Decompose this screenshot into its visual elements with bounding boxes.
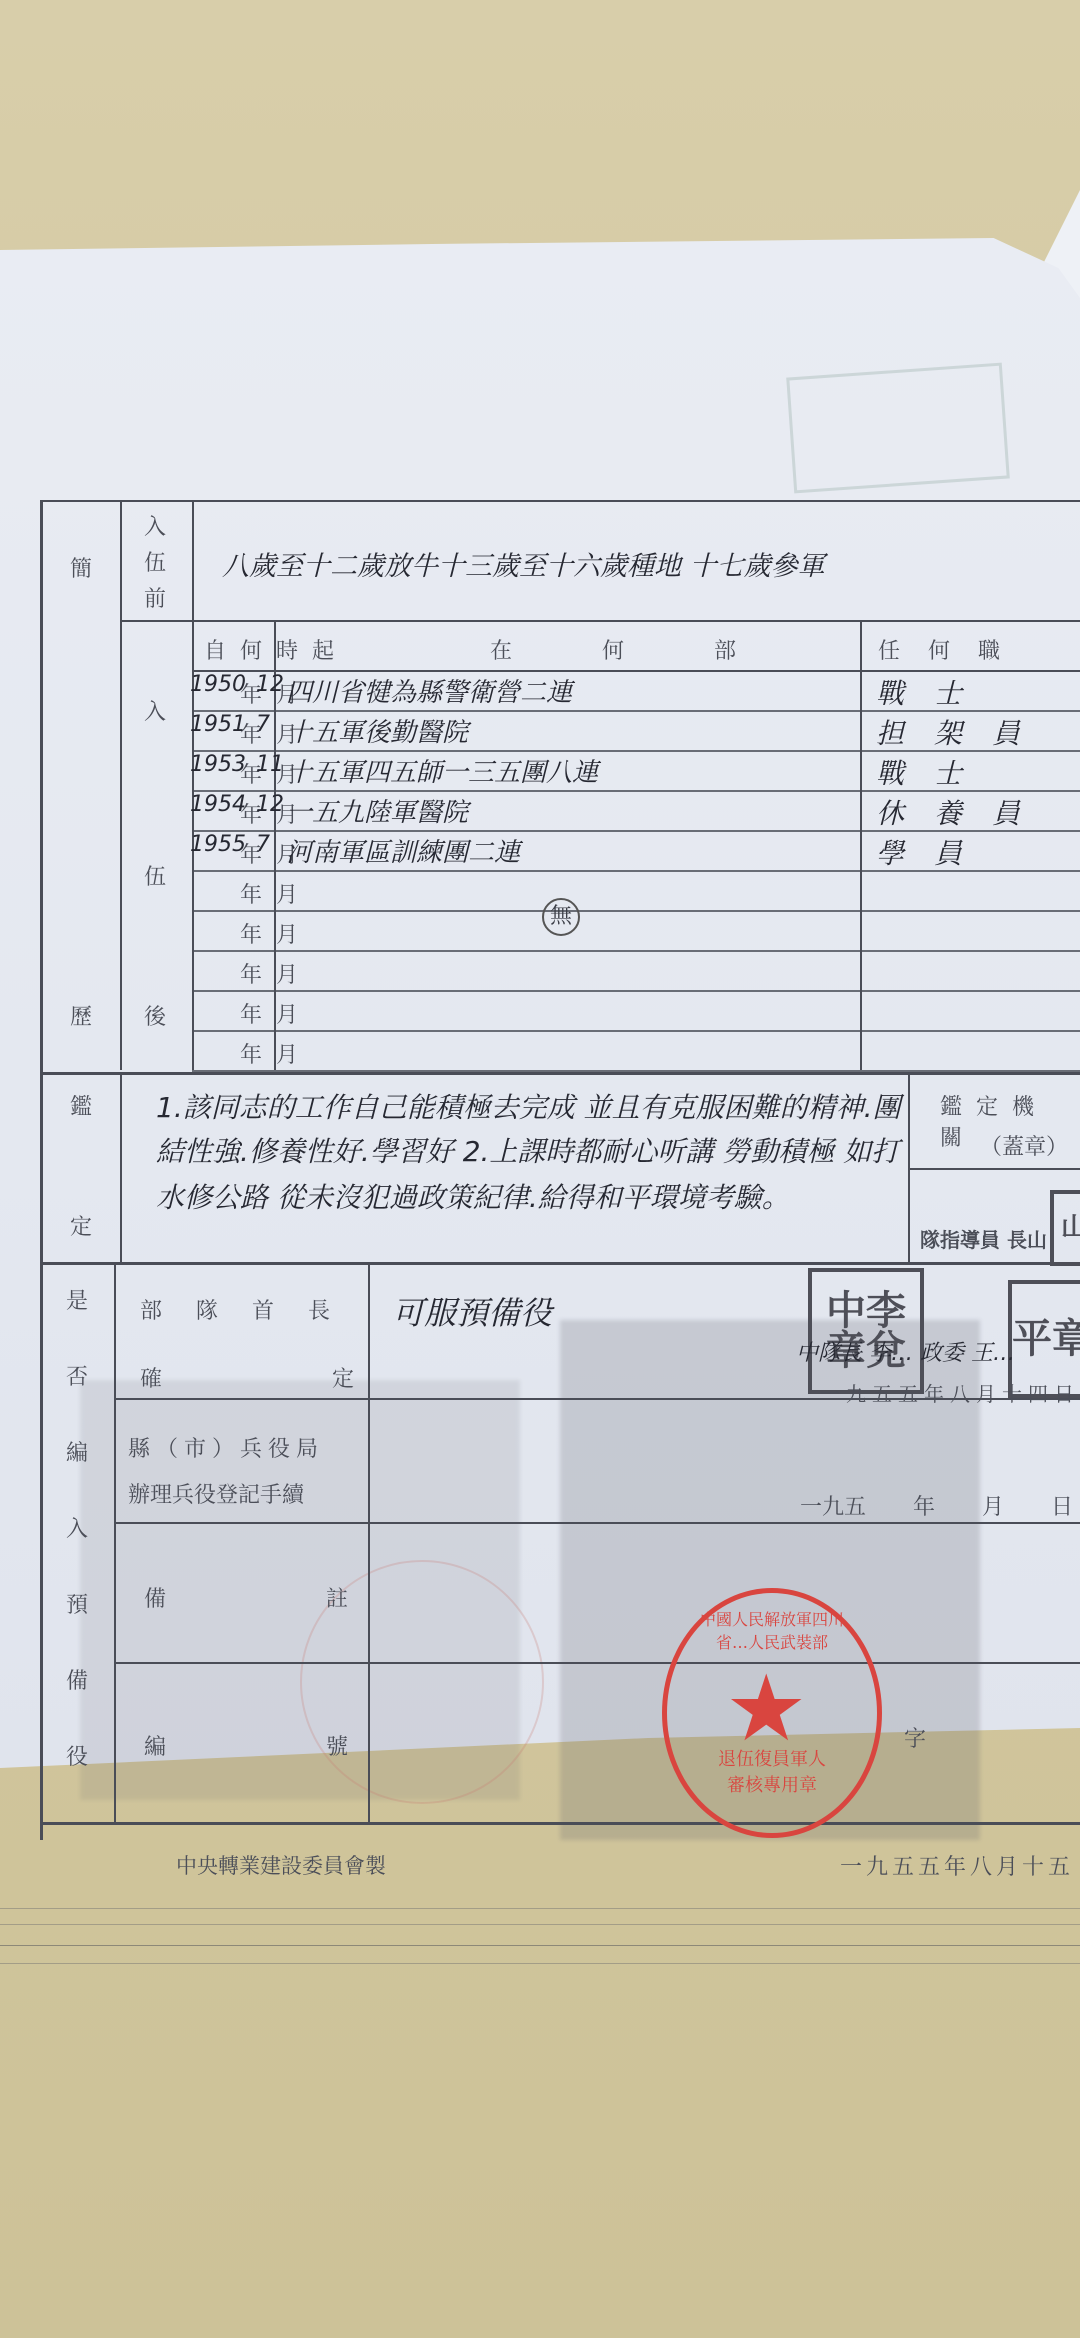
side-label-appraisal-1: 鑑: [70, 1090, 92, 1121]
appraisal-line-1: 1.該同志的工作自己能積極去完成 並且有克服困難的精神.團: [156, 1086, 901, 1126]
remarks-label-2: 註: [326, 1582, 348, 1613]
row-post: 戰士: [876, 672, 992, 712]
side-label-resume-2: 歷: [70, 1000, 92, 1031]
commander-date: 一九五五年八月十四日: [820, 1378, 1080, 1407]
row-unit: 十五軍後勤醫院: [286, 712, 468, 749]
before-enlist-text: 八歲至十二歲放牛十三歲至十六歲種地 十七歲參軍: [222, 544, 825, 583]
red-seal-arc-text: 中國人民解放軍四川省…人民武裝部: [687, 1607, 857, 1653]
commander-signers: 中隊長 李… 政委 王…: [796, 1336, 1015, 1367]
header-since-when: 自何時起: [204, 634, 348, 665]
red-official-seal: 中國人民解放軍四川省…人民武裝部 ★ 退伍復員軍人 審核專用章: [662, 1588, 882, 1838]
row-unit: 四川省犍為縣警衛營二連: [286, 672, 572, 709]
row-month: 7: [256, 712, 270, 737]
row-year: 1951: [190, 712, 246, 737]
commander-label-1: 部隊首長: [140, 1294, 364, 1325]
serial-label-2: 號: [326, 1730, 348, 1761]
month-char: 月: [276, 1038, 298, 1069]
after-enlist-label-1: 入: [144, 695, 166, 726]
side-label-reserve-1: 是: [66, 1284, 88, 1315]
military-bureau-label-2: 辦理兵役登記手續: [128, 1478, 304, 1509]
year-char: 年: [240, 998, 262, 1029]
row-unit: 一五九陸軍醫院: [286, 792, 468, 829]
row-year: 1953: [190, 752, 246, 777]
side-label-reserve-3: 編: [66, 1436, 88, 1467]
month-char: 月: [276, 998, 298, 1029]
side-label-reserve-6: 備: [66, 1664, 88, 1695]
footer-date: 一九五五年八月十五: [840, 1850, 1074, 1881]
row-year: 1954: [190, 792, 246, 817]
year-char: 年: [240, 878, 262, 909]
publisher-note: 中央轉業建設委員會製: [176, 1850, 386, 1880]
side-label-resume-1: 簡: [70, 552, 92, 583]
military-bureau-label-1: 縣（市）兵役局: [128, 1432, 324, 1463]
month-char: 月: [276, 878, 298, 909]
row-year: 1950: [190, 672, 246, 697]
serial-label-1: 編: [144, 1730, 166, 1761]
year-char: 年: [240, 1038, 262, 1069]
row-post: 戰士: [876, 752, 992, 792]
side-label-reserve-5: 預: [66, 1588, 88, 1619]
before-enlist-label-2: 伍: [144, 546, 166, 577]
row-year: 1955: [190, 832, 246, 857]
faint-stamp-mark: [786, 363, 1010, 494]
star-icon: ★: [725, 1663, 807, 1755]
month-char: 月: [276, 918, 298, 949]
commander-decision: 可服預備役: [392, 1288, 552, 1334]
serial-suffix: 字: [904, 1722, 926, 1753]
appraisal-line-3: 水修公路 從未沒犯過政策紀律.給得和平環境考驗。: [156, 1176, 790, 1216]
header-which-post: 任何職: [878, 634, 1028, 665]
company-commander-seal: 中李章兌: [808, 1268, 924, 1394]
remarks-label-1: 備: [144, 1582, 166, 1613]
military-bureau-date: 一九五 年 月 日: [800, 1490, 1073, 1521]
side-label-appraisal-2: 定: [70, 1210, 92, 1241]
side-label-reserve-2: 否: [66, 1360, 88, 1391]
after-enlist-label-3: 後: [144, 1000, 166, 1031]
appraisal-signer: 隊指導員 長山: [920, 1224, 1047, 1253]
row-unit: 河南軍區訓練團二連: [286, 832, 520, 869]
year-char: 年: [240, 958, 262, 989]
side-label-reserve-7: 役: [66, 1740, 88, 1771]
none-stamp: 無: [542, 898, 580, 936]
row-post: 休養員: [876, 792, 1050, 832]
row-post: 學員: [876, 832, 992, 872]
appraisal-line-2: 結性強.修養性好.學習好 2.上課時都耐心听講 勞動積極 如打: [156, 1130, 899, 1170]
red-seal-line-2: 審核專用章: [707, 1771, 837, 1797]
row-post: 担架員: [876, 712, 1050, 752]
before-enlist-label-3: 前: [144, 582, 166, 613]
header-which-unit: 在何部: [490, 634, 826, 665]
appraisal-seal-note: （蓋章）: [980, 1130, 1068, 1161]
side-label-reserve-4: 入: [66, 1512, 88, 1543]
year-char: 年: [240, 918, 262, 949]
month-char: 月: [276, 958, 298, 989]
commander-label-2: 確定: [140, 1362, 524, 1393]
row-unit: 十五軍四五師一三五團八連: [286, 752, 598, 789]
resume-form: 簡 歷 入 伍 前 八歲至十二歲放牛十三歲至十六歲種地 十七歲參軍 入 伍 後 …: [40, 500, 1080, 1840]
red-seal-line-1: 退伍復員軍人: [707, 1745, 837, 1771]
after-enlist-label-2: 伍: [144, 860, 166, 891]
before-enlist-label-1: 入: [144, 510, 166, 541]
appraisal-seal: 山: [1050, 1190, 1080, 1266]
row-month: 7: [256, 832, 270, 857]
